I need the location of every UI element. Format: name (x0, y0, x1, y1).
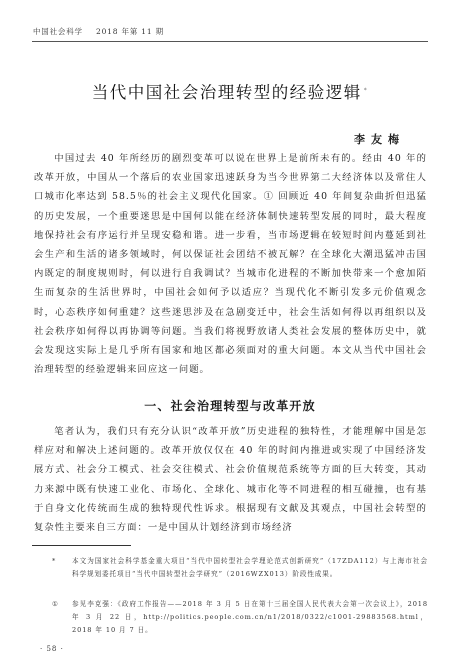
intro-paragraph-text: 中国过去 40 年所经历的剧烈变革可以说在世界上是前所未有的。经由 40 年的改… (34, 153, 427, 375)
intro-paragraph: 中国过去 40 年所经历的剧烈变革可以说在世界上是前所未有的。经由 40 年的改… (34, 149, 427, 379)
header-rule (32, 41, 428, 42)
page-number: · 58 · (40, 645, 64, 653)
title-footnote-marker[interactable]: * (364, 87, 369, 94)
footnote-text: 参见李克强：《政府工作报告——2018 年 3 月 5 日在第十三届全国人民代表… (72, 598, 428, 637)
footnote-text: 本文为国家社会科学基金重大项目“当代中国转型社会学理论范式创新研究”（17ZDA… (72, 555, 428, 581)
issue-label: 2018 年第 11 期 (96, 27, 164, 36)
article-title: 当代中国社会治理转型的经验逻辑* (0, 79, 460, 103)
journal-name: 中国社会科学 (33, 27, 83, 36)
section-heading: 一、社会治理转型与改革开放 (0, 397, 460, 414)
footnote-mark: ① (52, 598, 59, 611)
author-name: 李友梅 (354, 131, 405, 147)
section-paragraph: 笔者认为，我们只有充分认识“改革开放”历史进程的独特性，才能理解中国是怎样应对和… (34, 422, 427, 537)
footnote-funding: * 本文为国家社会科学基金重大项目“当代中国转型社会学理论范式创新研究”（17Z… (34, 555, 428, 581)
article-title-text: 当代中国社会治理转型的经验逻辑 (92, 83, 362, 102)
footnote-reference: ① 参见李克强：《政府工作报告——2018 年 3 月 5 日在第十三届全国人民… (34, 598, 428, 637)
section-paragraph-text: 笔者认为，我们只有充分认识“改革开放”历史进程的独特性，才能理解中国是怎样应对和… (34, 426, 427, 533)
running-head: 中国社会科学 2018 年第 11 期 (33, 26, 174, 37)
footnote-mark: * (52, 555, 56, 568)
footnote-rule (32, 545, 131, 546)
